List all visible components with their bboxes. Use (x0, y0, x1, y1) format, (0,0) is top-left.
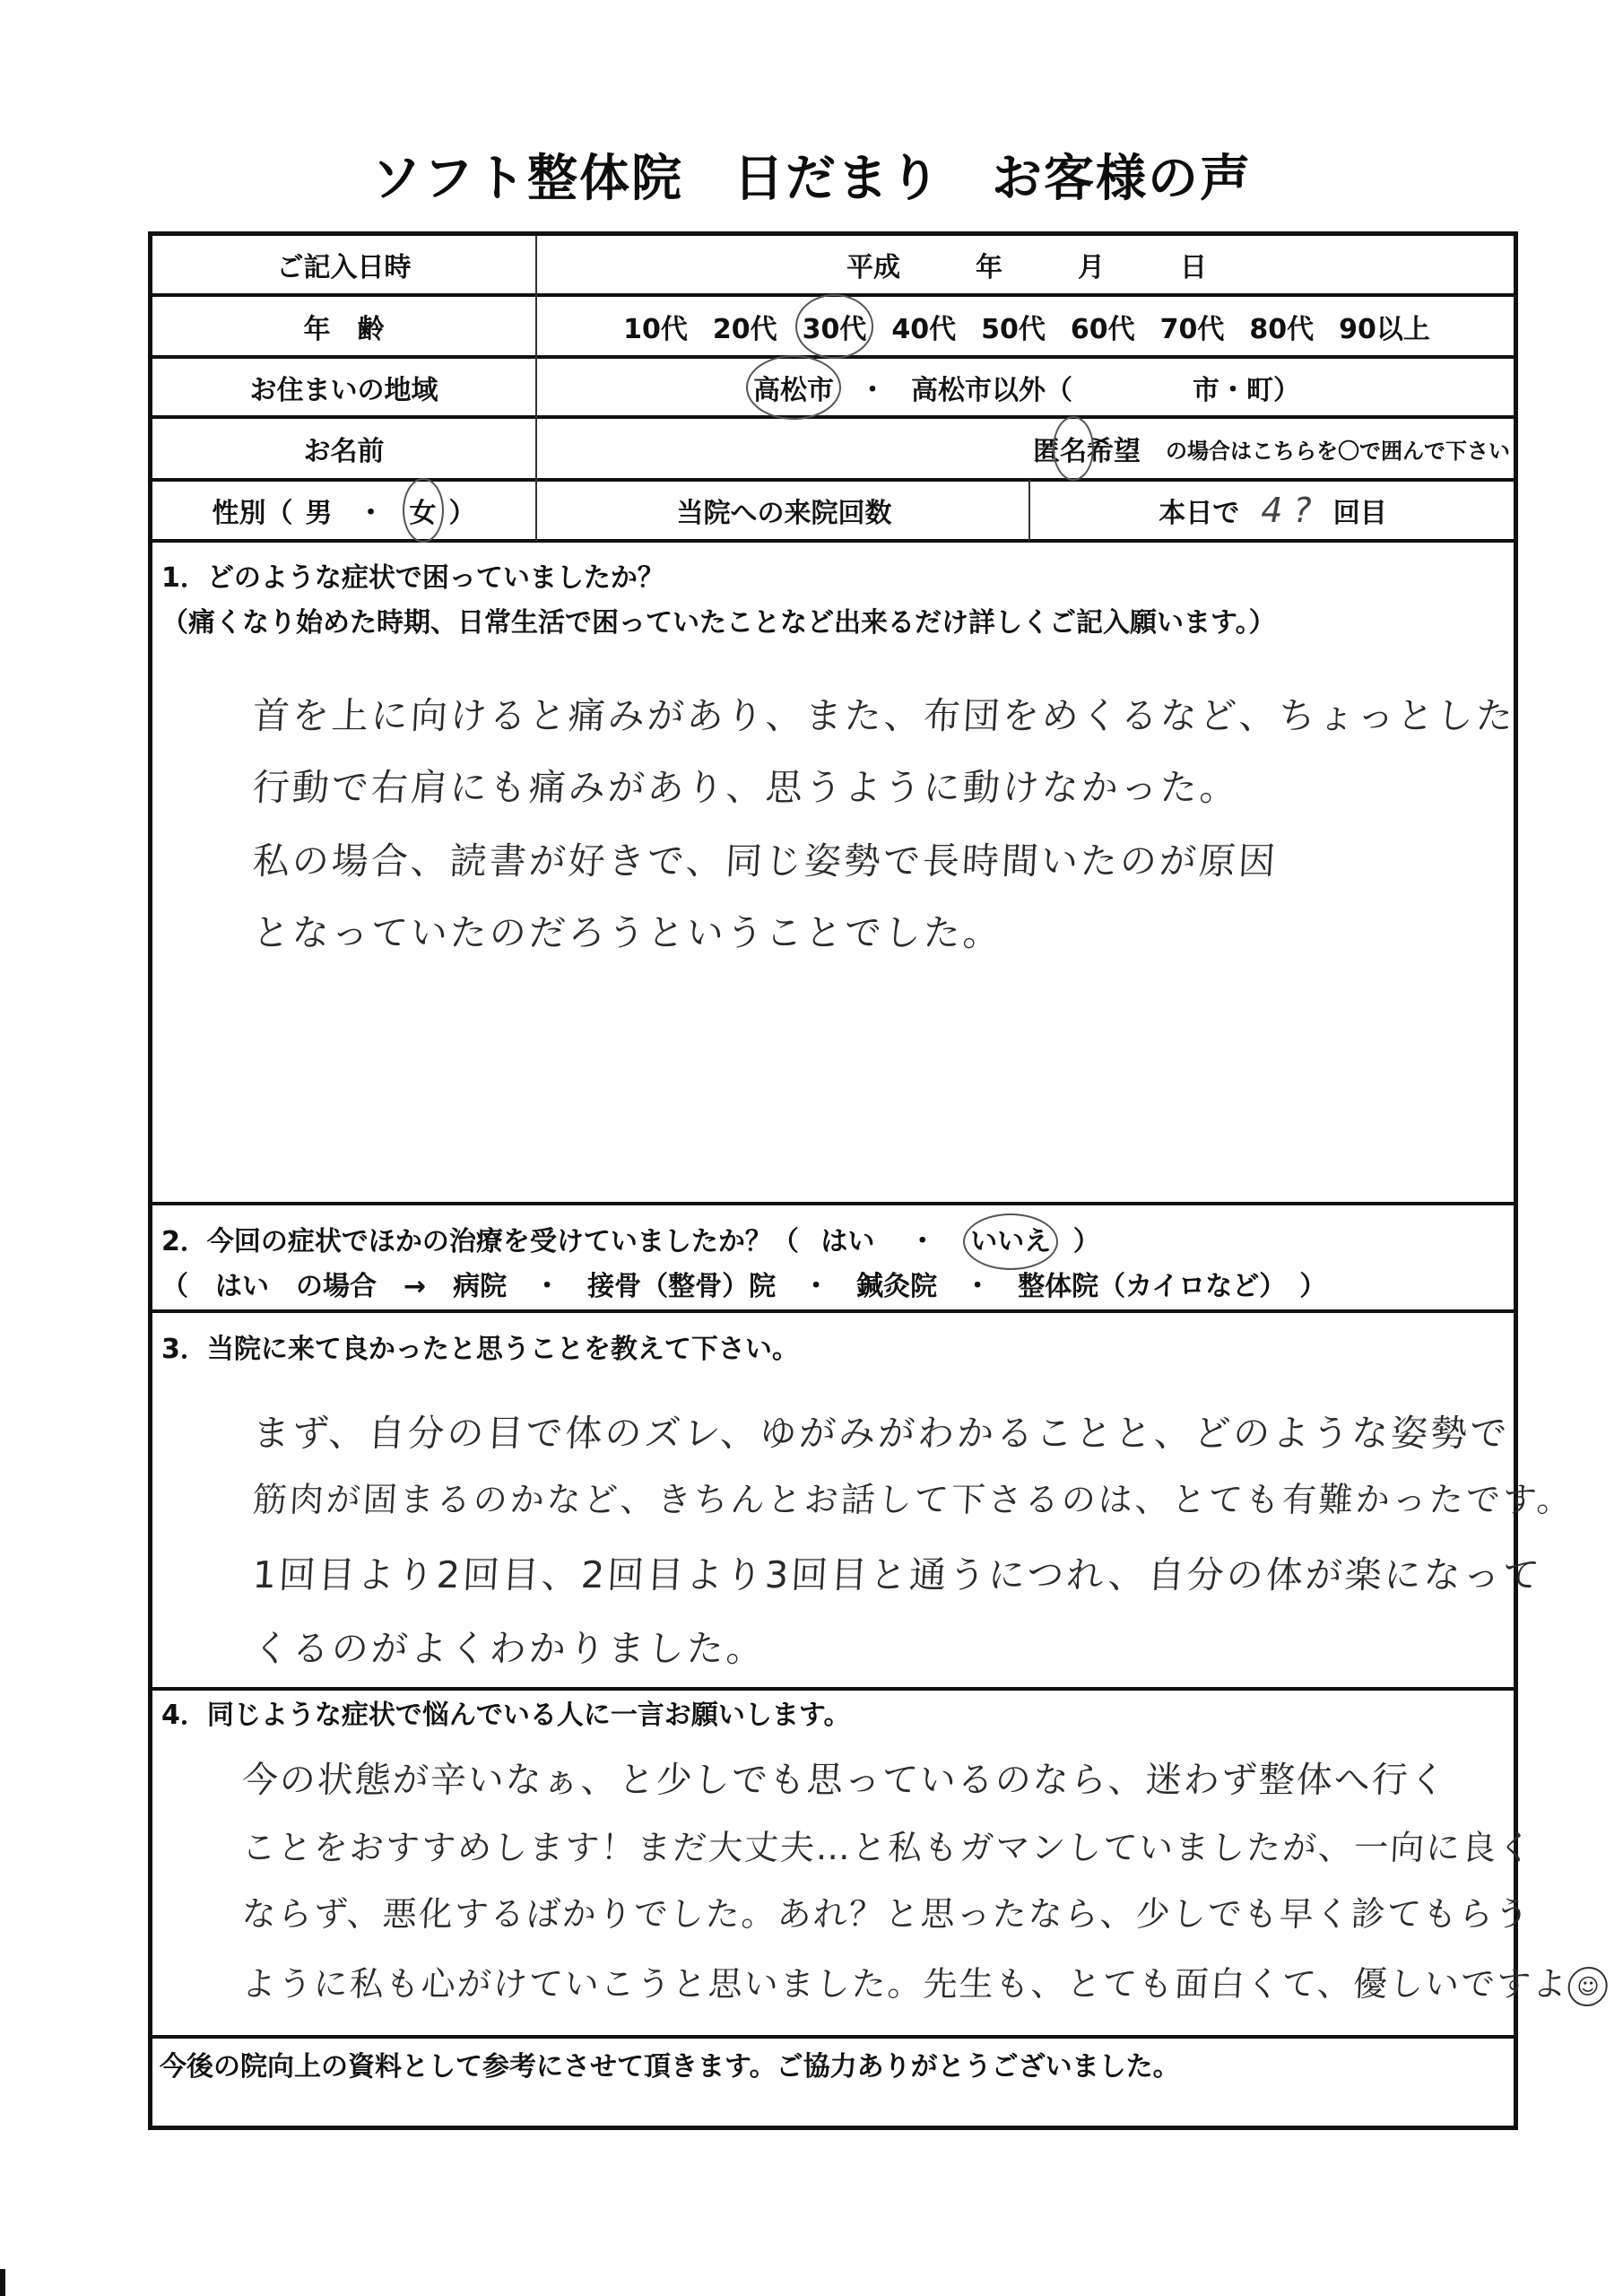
date-field[interactable]: 平成 年 月 日 (540, 236, 1514, 293)
visits-prefix: 本日で (1159, 491, 1239, 530)
sex-label-prefix: 性別（ (213, 491, 293, 530)
sex-option-male[interactable]: 男 (306, 491, 333, 530)
visits-label: 当院への来院回数 (540, 482, 1028, 539)
age-option-30s-selected[interactable]: 30代 (803, 307, 867, 346)
anon-note: の場合はこちらを〇で囲んで下さい (1166, 433, 1510, 465)
age-option-20s[interactable]: 20代 (713, 307, 777, 346)
q2-option-no-selected[interactable]: いいえ (970, 1226, 1051, 1257)
age-option-70s[interactable]: 70代 (1160, 307, 1225, 346)
section-divider (152, 1202, 1514, 1205)
region-option-other[interactable]: 高松市以外（ (911, 368, 1072, 407)
q2-heading: 2．今回の症状でほかの治療を受けていましたか？（ はい ・ いいえ ） (161, 1219, 1505, 1258)
q2-option-yes[interactable]: はい (820, 1226, 874, 1257)
era-label: 平成 (846, 245, 900, 284)
q4-answer-line-last: ように私も心がけていこうと思いました。先生も、とても面白くて、優しいですよ☺ (241, 1956, 1480, 2006)
q1-answer-line: 行動で右肩にも痛みがあり、思うように動けなかった。 (251, 758, 1479, 811)
age-label: 年 齢 (152, 297, 535, 355)
month-label: 月 (1078, 245, 1105, 284)
scan-edge-mark (0, 2269, 5, 2296)
age-option-80s[interactable]: 80代 (1249, 307, 1314, 346)
q4-answer-line: 今の状態が辛いなぁ、と少しでも思っているのなら、迷わず整体へ行く (241, 1752, 1480, 1803)
visits-count-field[interactable]: 本日で 4 ? 回目 (1032, 482, 1514, 539)
q1-answer-line: 私の場合、読書が好きで、同じ姿勢で長時間いたのが原因 (251, 831, 1479, 884)
separator: ・ (358, 491, 385, 530)
separator: ・ (859, 368, 886, 407)
age-options: 10代 20代 30代 40代 50代 60代 70代 80代 90以上 (540, 297, 1514, 355)
region-option-takamatsu-selected[interactable]: 高松市 (753, 368, 834, 407)
q3-answer-line: 1回目より2回目、2回目より3回目と通うにつれ、自分の体が楽になって (251, 1545, 1479, 1598)
sex-field: 性別（ 男 ・ 女 ） (152, 482, 535, 539)
visits-suffix: 回目 (1333, 491, 1387, 530)
q3-heading: 3．当院に来て良かったと思うことを教えて下さい。 (161, 1326, 1505, 1366)
region-label: お住まいの地域 (152, 359, 535, 415)
q4-answer-line: ことをおすすめします！まだ大丈夫…と私もガマンしていましたが、一向に良く (241, 1820, 1480, 1869)
title-clinic-type: ソフト整体院 (371, 150, 683, 208)
visits-value: 4 ? (1261, 491, 1311, 530)
q3-answer-line: 筋肉が固まるのかなど、きちんとお話して下さるのは、とても有難かったです。 (252, 1472, 1480, 1521)
q1-answer-line: 首を上に向けると痛みがあり、また、布団をめくるなど、ちょっとした (251, 686, 1479, 739)
row-divider (152, 539, 1514, 543)
column-divider (1028, 480, 1030, 541)
anon-circled-char[interactable]: 名 (1060, 429, 1087, 468)
q1-heading: 1．どのような症状で困っていましたか？ (161, 555, 1505, 595)
q4-answer-text: ように私も心がけていこうと思いました。先生も、とても面白くて、優しいですよ (241, 1964, 1570, 2004)
day-label: 日 (1180, 245, 1207, 284)
q4-answer-line: ならず、悪化するばかりでした。あれ？と思ったなら、少しでも早く診てもらう (241, 1886, 1480, 1935)
sex-label-suffix: ） (449, 491, 476, 530)
page-title: ソフト整体院日だまりお客様の声 (0, 139, 1623, 211)
age-option-90plus[interactable]: 90以上 (1339, 307, 1430, 346)
age-option-10s[interactable]: 10代 (623, 307, 688, 346)
age-option-60s[interactable]: 60代 (1071, 307, 1135, 346)
q2-heading-text: 2．今回の症状でほかの治療を受けていましたか？（ (161, 1226, 799, 1257)
title-clinic-name: 日だまり (733, 150, 942, 208)
region-other-suffix: 市・町） (1193, 368, 1300, 407)
column-divider (535, 236, 537, 541)
anon-suffix: 希望 (1087, 429, 1141, 468)
q2-heading-suffix: ） (1073, 1226, 1100, 1257)
name-label: お名前 (152, 419, 535, 478)
section-divider (152, 1687, 1514, 1691)
q4-heading: 4．同じような症状で悩んでいる人に一言お願いします。 (161, 1692, 1505, 1732)
region-options: 高松市 ・ 高松市以外（ 市・町） (540, 359, 1514, 415)
q2-followup: （ はい の場合 → 病院 ・ 接骨（整骨）院 ・ 鍼灸院 ・ 整体院（カイロな… (161, 1264, 1505, 1303)
section-divider (152, 2035, 1514, 2039)
age-option-50s[interactable]: 50代 (981, 307, 1046, 346)
smiley-icon: ☺ (1567, 1967, 1609, 2006)
name-field[interactable]: 匿名希望 の場合はこちらを〇で囲んで下さい (540, 419, 1514, 478)
footer-thanks: 今後の院向上の資料として参考にさせて頂きます。ご協力ありがとうございました。 (160, 2044, 1180, 2083)
age-option-40s[interactable]: 40代 (891, 307, 956, 346)
sex-option-female-selected[interactable]: 女 (410, 491, 437, 530)
survey-form: ご記入日時 平成 年 月 日 年 齢 10代 20代 30代 40代 50代 6… (148, 231, 1518, 2130)
q1-answer-line: となっていたのだろうということでした。 (251, 903, 1479, 956)
q3-answer-line: まず、自分の目で体のズレ、ゆがみがわかることと、どのような姿勢で (251, 1404, 1479, 1457)
title-voice: お客様の声 (992, 150, 1252, 208)
year-label: 年 (976, 245, 1002, 284)
q1-subheading: （痛くなり始めた時期、日常生活で困っていたことなど出来るだけ詳しくご記入願います… (161, 600, 1505, 639)
separator: ・ (909, 1226, 936, 1257)
date-label: ご記入日時 (152, 236, 535, 293)
section-divider (152, 1309, 1514, 1313)
q3-answer-line: くるのがよくわかりました。 (251, 1619, 1479, 1672)
